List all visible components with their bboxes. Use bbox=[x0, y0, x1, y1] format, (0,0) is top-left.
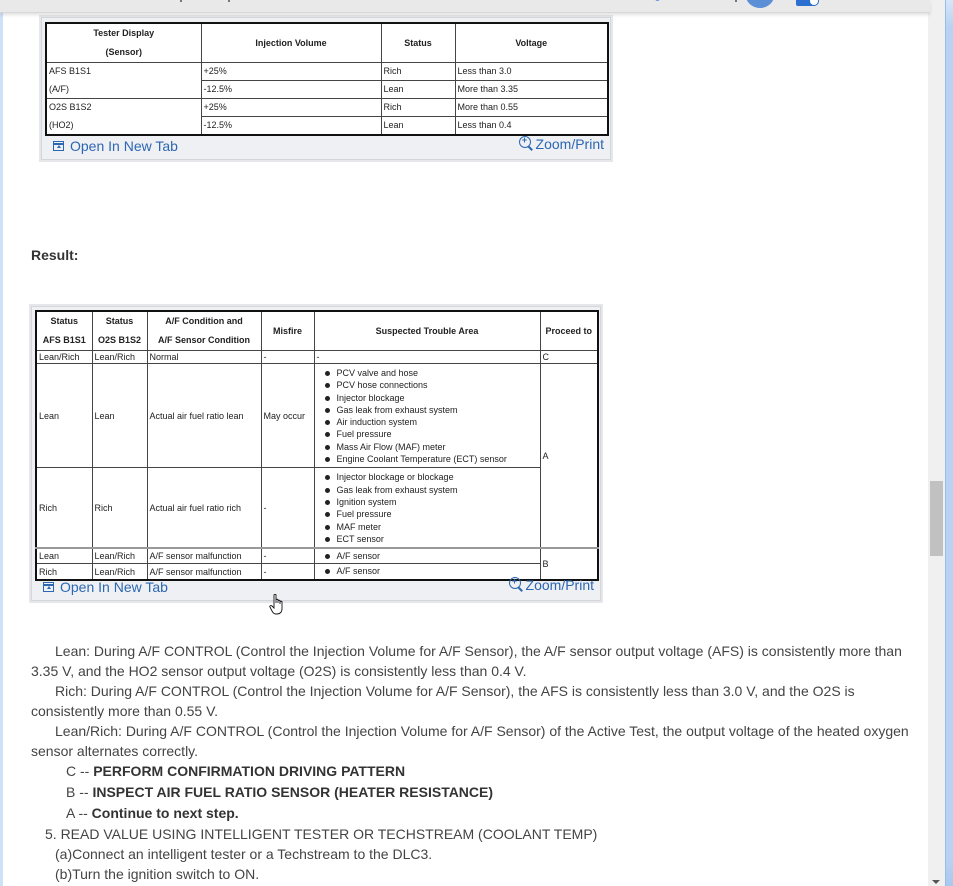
cell-o2s: Lean/Rich bbox=[92, 351, 147, 364]
header-line: AFS B1S1 bbox=[39, 331, 90, 350]
cell-misfire: - bbox=[261, 468, 314, 548]
header-divider bbox=[228, 0, 230, 2]
trouble-item: Engine Coolant Temperature (ECT) sensor bbox=[323, 453, 538, 465]
option-a-link[interactable]: Continue to next step. bbox=[92, 805, 239, 821]
cell-injection: -12.5% bbox=[201, 81, 381, 99]
result-heading: Result: bbox=[31, 247, 78, 263]
header-tester-display: Tester Display (Sensor) bbox=[46, 23, 201, 63]
avatar-icon[interactable] bbox=[745, 0, 775, 8]
cell-trouble: - bbox=[314, 351, 540, 364]
cell-injection: +25% bbox=[201, 99, 381, 117]
open-in-new-tab-link[interactable]: Open In New Tab bbox=[43, 579, 168, 595]
scroll-down-arrow-icon[interactable] bbox=[932, 880, 940, 884]
cell-voltage: More than 0.55 bbox=[455, 99, 608, 117]
header-divider bbox=[180, 0, 182, 2]
trouble-item: Gas leak from exhaust system bbox=[323, 404, 538, 416]
procedure-text: Lean: During A/F CONTROL (Control the In… bbox=[31, 641, 916, 884]
leanrich-description: Lean/Rich: During A/F CONTROL (Control t… bbox=[31, 721, 916, 761]
cell-proceed: C bbox=[540, 351, 598, 364]
cell-status: Rich bbox=[381, 99, 455, 117]
cell-condition: Actual air fuel ratio rich bbox=[147, 468, 261, 548]
trouble-item: Air induction system bbox=[323, 416, 538, 428]
cell-o2s: Lean bbox=[92, 364, 147, 468]
header-misfire: Misfire bbox=[261, 311, 314, 351]
zoom-print-label: Zoom/Print bbox=[526, 577, 594, 593]
scrollbar-thumb[interactable] bbox=[930, 481, 943, 556]
header-line: A/F Condition and bbox=[150, 312, 259, 331]
header-line: (Sensor) bbox=[49, 43, 199, 62]
rich-description: Rich: During A/F CONTROL (Control the In… bbox=[31, 681, 916, 721]
option-b-link[interactable]: INSPECT AIR FUEL RATIO SENSOR (HEATER RE… bbox=[92, 784, 493, 800]
zoom-in-icon bbox=[509, 577, 524, 593]
cell-afs: Rich bbox=[36, 468, 92, 548]
zoom-print-link[interactable]: Zoom/Print bbox=[519, 136, 604, 152]
header-line: A/F Sensor Condition bbox=[150, 331, 259, 350]
option-c-link[interactable]: PERFORM CONFIRMATION DRIVING PATTERN bbox=[93, 763, 405, 779]
cell-condition: A/F sensor malfunction bbox=[147, 548, 261, 564]
open-new-tab-icon bbox=[43, 582, 54, 592]
cell-misfire: - bbox=[261, 351, 314, 364]
step-5b: (b)Turn the ignition switch to ON. bbox=[31, 864, 916, 884]
result-figure: Status AFS B1S1 Status O2S B1S2 A/F Cond… bbox=[31, 306, 601, 601]
header-suspected-trouble-area: Suspected Trouble Area bbox=[314, 311, 540, 351]
trouble-item: MAF meter bbox=[323, 521, 538, 533]
cell-afs: Lean bbox=[36, 548, 92, 564]
cell-voltage: More than 3.35 bbox=[455, 81, 608, 99]
trouble-item: Injector blockage or blockage bbox=[323, 471, 538, 483]
header-status: Status bbox=[381, 23, 455, 63]
cell-sensor: AFS B1S1 bbox=[46, 63, 201, 81]
table-row: AFS B1S1 +25% Rich Less than 3.0 bbox=[46, 63, 608, 81]
cell-voltage: Less than 3.0 bbox=[455, 63, 608, 81]
open-in-new-tab-label: Open In New Tab bbox=[70, 138, 178, 154]
window-edge bbox=[0, 0, 3, 886]
window-edge bbox=[945, 0, 953, 886]
cell-afs: Lean bbox=[36, 364, 92, 468]
header-line: Tester Display bbox=[49, 24, 199, 43]
tester-display-table: Tester Display (Sensor) Injection Volume… bbox=[45, 22, 609, 136]
header-af-condition: A/F Condition and A/F Sensor Condition bbox=[147, 311, 261, 351]
zoom-print-label: Zoom/Print bbox=[536, 136, 604, 152]
figure-caption-bar: Open In New Tab Zoom/Print bbox=[32, 574, 600, 600]
cell-trouble: Injector blockage or blockageGas leak fr… bbox=[314, 468, 540, 548]
trouble-list: PCV valve and hosePCV hose connectionsIn… bbox=[317, 364, 538, 467]
result-table: Status AFS B1S1 Status O2S B1S2 A/F Cond… bbox=[35, 310, 599, 581]
trouble-list: A/F sensor bbox=[317, 549, 538, 563]
hand-cursor-icon bbox=[269, 594, 285, 616]
lean-description: Lean: During A/F CONTROL (Control the In… bbox=[31, 641, 916, 681]
zoom-in-icon bbox=[519, 136, 534, 152]
search-icon[interactable] bbox=[655, 0, 660, 1]
open-in-new-tab-link[interactable]: Open In New Tab bbox=[53, 138, 178, 154]
table-row: O2S B1S2 +25% Rich More than 0.55 bbox=[46, 99, 608, 117]
option-b: B -- INSPECT AIR FUEL RATIO SENSOR (HEAT… bbox=[31, 782, 916, 803]
notification-icon[interactable] bbox=[796, 0, 816, 6]
tester-display-figure: Tester Display (Sensor) Injection Volume… bbox=[41, 17, 611, 160]
cell-proceed: A bbox=[540, 364, 598, 549]
header-divider bbox=[735, 0, 737, 2]
trouble-item: PCV hose connections bbox=[323, 379, 538, 391]
trouble-item: ECT sensor bbox=[323, 533, 538, 545]
figure-caption-bar: Open In New Tab Zoom/Print bbox=[42, 133, 610, 159]
cell-o2s: Rich bbox=[92, 468, 147, 548]
trouble-item: Gas leak from exhaust system bbox=[323, 484, 538, 496]
cell-status: Lean bbox=[381, 81, 455, 99]
open-new-tab-icon bbox=[53, 141, 64, 151]
cell-trouble: A/F sensor bbox=[314, 548, 540, 564]
option-key: B -- bbox=[66, 784, 92, 800]
trouble-item: Mass Air Flow (MAF) meter bbox=[323, 441, 538, 453]
cell-sensor: O2S B1S2 bbox=[46, 99, 201, 117]
cell-misfire: May occur bbox=[261, 364, 314, 468]
table-row: (A/F) -12.5% Lean More than 3.35 bbox=[46, 81, 608, 99]
cell-misfire: - bbox=[261, 548, 314, 564]
trouble-item: Injector blockage bbox=[323, 392, 538, 404]
header-proceed-to: Proceed to bbox=[540, 311, 598, 351]
header-line: Status bbox=[39, 312, 90, 331]
header-status-afs: Status AFS B1S1 bbox=[36, 311, 92, 351]
step-5-heading: 5. READ VALUE USING INTELLIGENT TESTER O… bbox=[31, 824, 916, 844]
header-injection-volume: Injection Volume bbox=[201, 23, 381, 63]
open-in-new-tab-label: Open In New Tab bbox=[60, 579, 168, 595]
table-row: Rich Rich Actual air fuel ratio rich - I… bbox=[36, 468, 598, 548]
trouble-item: Fuel pressure bbox=[323, 508, 538, 520]
trouble-item: PCV valve and hose bbox=[323, 367, 538, 379]
cell-condition: Actual air fuel ratio lean bbox=[147, 364, 261, 468]
trouble-item: Ignition system bbox=[323, 496, 538, 508]
vertical-scrollbar[interactable] bbox=[928, 0, 945, 886]
cell-injection: +25% bbox=[201, 63, 381, 81]
trouble-item: Fuel pressure bbox=[323, 428, 538, 440]
option-key: C -- bbox=[66, 763, 93, 779]
trouble-list: Injector blockage or blockageGas leak fr… bbox=[317, 468, 538, 547]
option-key: A -- bbox=[66, 805, 92, 821]
table-row: Lean Lean/Rich A/F sensor malfunction - … bbox=[36, 548, 598, 564]
step-5a: (a)Connect an intelligent tester or a Te… bbox=[31, 844, 916, 864]
table-row: Lean/Rich Lean/Rich Normal - - C bbox=[36, 351, 598, 364]
cell-trouble: PCV valve and hosePCV hose connectionsIn… bbox=[314, 364, 540, 468]
header-voltage: Voltage bbox=[455, 23, 608, 63]
header-line: Status bbox=[95, 312, 145, 331]
cell-sensor: (A/F) bbox=[46, 81, 201, 99]
cell-status: Rich bbox=[381, 63, 455, 81]
zoom-print-link[interactable]: Zoom/Print bbox=[509, 577, 594, 593]
table-row: Lean Lean Actual air fuel ratio lean May… bbox=[36, 364, 598, 468]
option-c: C -- PERFORM CONFIRMATION DRIVING PATTER… bbox=[31, 761, 916, 782]
trouble-item: A/F sensor bbox=[323, 550, 538, 562]
header-bar bbox=[0, 0, 930, 13]
header-status-o2s: Status O2S B1S2 bbox=[92, 311, 147, 351]
cell-afs: Lean/Rich bbox=[36, 351, 92, 364]
option-a: A -- Continue to next step. bbox=[31, 803, 916, 824]
cell-o2s: Lean/Rich bbox=[92, 548, 147, 564]
header-line: O2S B1S2 bbox=[95, 331, 145, 350]
cell-condition: Normal bbox=[147, 351, 261, 364]
